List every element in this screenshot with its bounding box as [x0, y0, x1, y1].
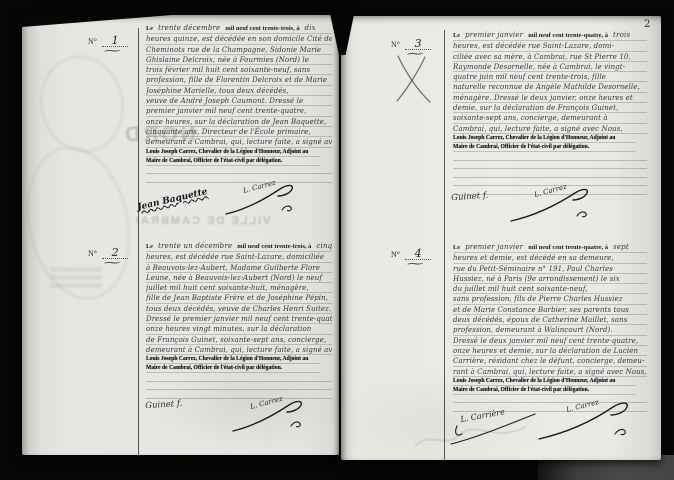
signature-declarant-act4: L. Carrière — [447, 400, 539, 452]
act-text-line: tous deux décédés, veuve de Charles Henr… — [146, 304, 332, 314]
act-4: Le premier janvier mil neuf cent trente-… — [453, 243, 647, 412]
act-text-line: profession, fille de Florentin Delcroix … — [146, 75, 332, 85]
signature-declarant-act3: Guinet f. — [450, 183, 488, 205]
act-text-line: Joséphine Marielle, tous deux décédés, — [146, 86, 332, 96]
signature-text: Jean Baquette — [137, 187, 209, 213]
act-text-line: profession, demeurant à Walincourt (Nord… — [453, 325, 647, 335]
signature-officiant-act4: L. Carrez — [537, 394, 637, 448]
blank-ruled-line — [146, 373, 332, 382]
svg-text:L. Carrez: L. Carrez — [248, 395, 283, 412]
signature-flourish: L. Carrez — [224, 179, 300, 219]
act-text-line: Carrière, résidant chez le défunt, conci… — [453, 356, 647, 366]
printed-year: mil neuf cent trente-quatre, à — [528, 244, 608, 251]
no-label: N° — [391, 250, 400, 259]
act-text-line: quatre juin mil neuf cent trente-trois, … — [453, 72, 647, 82]
handwritten-hour: trois — [613, 31, 630, 39]
signature-flourish: L. Carrez — [231, 393, 307, 435]
act-text-line: deux décédés, époux de Catherine Maillet… — [453, 315, 647, 325]
act-text-line: ménagère. Dressé le deux janvier, onze h… — [453, 93, 647, 103]
act-text-line: Dressé le deux janvier mil neuf cent tre… — [453, 336, 647, 346]
handwritten-hour: sept — [613, 243, 629, 251]
handwritten-date: premier janvier — [465, 31, 523, 39]
act-text-line: heures quinze, est décédée en son domici… — [146, 34, 332, 44]
act-text-line: veuve de André Joseph Caumont. Dressé le — [146, 96, 332, 106]
stamp-showthrough-circle — [31, 47, 134, 160]
act-opening-line: Le trente un décembre mil neuf cent tren… — [146, 242, 332, 252]
act-text-line: juillet mil huit cent soixante-huit, mén… — [146, 283, 332, 293]
flourish-mark: ~ — [102, 44, 118, 57]
act-opening-line: Le premier janvier mil neuf cent trente-… — [453, 243, 647, 253]
act-number-4: N° 4 ~ — [391, 242, 447, 264]
act-text-line: demie, sur la déclaration de François Gu… — [453, 103, 647, 113]
act-text-line: Raymonde Desornelle, née à Cambrai, le v… — [453, 62, 647, 72]
act-text-line: heures et demie, est décédé en sa demeur… — [453, 253, 647, 263]
signature-text: Guinet f. — [451, 191, 489, 204]
act-body-lines: heures quinze, est décédée en son domici… — [146, 34, 332, 147]
handwritten-date: trente décembre — [158, 24, 220, 32]
act-body-lines: heures, est décédée rue Saint-Lazare, do… — [453, 41, 647, 134]
act-text-line: Cambrai, qui, lecture faite, a signé ave… — [453, 124, 647, 134]
svg-text:L. Carrez: L. Carrez — [241, 179, 276, 195]
act-text-line: naturelle reconnue de Angèle Mathilde De… — [453, 82, 647, 92]
blank-ruled-line — [453, 161, 647, 170]
signature-declarant-act1: Jean Baquette — [135, 179, 209, 214]
officiant-stamp-line-2: Maire de Cambrai, Officier de l'état-civ… — [146, 364, 321, 373]
act-text-line: cinquante ans, Directeur de l'École prim… — [146, 127, 332, 137]
act-text-line: de François Guinet, soixante-sept ans, c… — [146, 335, 332, 345]
svg-text:L. Carrez: L. Carrez — [532, 183, 567, 200]
printed-le: Le — [146, 25, 153, 32]
no-label: N° — [88, 37, 97, 46]
act-text-line: demeurant à Cambrai, qui, lecture faite,… — [146, 137, 332, 147]
act-text-line: Ghislaine Delcroix, née à Fourmies (Nord… — [146, 55, 332, 65]
act-text-line: fille de Jean Baptiste Frère et de Josép… — [146, 293, 332, 303]
register-page-right: 2 N° 3 ~ N° 4 ~ Le premier janvier mil n… — [341, 16, 661, 460]
no-label: N° — [88, 249, 97, 258]
act-text-line: rant à Cambrai, qui, lecture faite, a si… — [453, 367, 647, 377]
act-1: Le trente décembre mil neuf cent trente-… — [146, 24, 332, 183]
act-opening-line: Le premier janvier mil neuf cent trente-… — [453, 31, 647, 41]
act-body-lines: heures et demie, est décédé en sa demeur… — [453, 253, 647, 377]
no-label: N° — [391, 40, 400, 49]
blank-ruled-line — [453, 152, 647, 161]
act-opening-line: Le trente décembre mil neuf cent trente-… — [146, 24, 332, 34]
act-text-line: premier janvier mil neuf cent trente-qua… — [146, 106, 332, 116]
signature-text: Guinet f. — [145, 399, 183, 412]
blank-ruled-line — [453, 169, 647, 178]
act-text-line: sans profession, fils de Pierre Charles … — [453, 294, 647, 304]
act-2: Le trente un décembre mil neuf cent tren… — [146, 242, 332, 399]
signature-flourish: L. Carrez — [509, 181, 595, 225]
act-text-line: heures, est décédée rue Saint-Lazare, do… — [146, 252, 332, 262]
signature-officiant-act3: L. Carrez — [509, 181, 595, 229]
handwritten-hour: cinq — [316, 242, 332, 250]
act-text-line: à Beauvois-lez-Aubert, Madame Guilberte … — [146, 263, 332, 273]
folio-number: 2 — [644, 19, 650, 30]
handwritten-date: premier janvier — [465, 243, 523, 251]
act-text-line: demeurant à Cambrai, qui, lecture faite,… — [146, 345, 332, 355]
act-number-2: N° 2 ~ — [88, 241, 144, 263]
svg-text:L. Carrière: L. Carrière — [459, 407, 506, 424]
handwritten-hour: dix — [305, 24, 316, 32]
officiant-stamp-line-1: Louis Joseph Carrez, Chevalier de la Lég… — [146, 355, 321, 364]
blank-ruled-line — [146, 166, 332, 175]
act-text-line: Hussiez, né à Paris (9e arrondissement) … — [453, 274, 647, 284]
act-text-line: Cheminots rue de la Champagne, Sidonie M… — [146, 45, 332, 55]
officiant-stamp-line-1: Louis Joseph Carrez, Chevalier de la Lég… — [453, 377, 635, 386]
signature-flourish: L. Carrez — [537, 394, 637, 444]
printed-le: Le — [453, 244, 460, 251]
officiant-stamp-line-1: Louis Joseph Carrez, Chevalier de la Lég… — [146, 148, 321, 157]
register-scan: NORD VILLE DE CAMBRAI N° 1 ~ N° 2 ~ Le t… — [0, 0, 674, 480]
act-text-line: onze heures et demie, sur la déclaration… — [453, 346, 647, 356]
printed-le: Le — [453, 32, 460, 39]
officiant-stamp-line-2: Maire de Cambrai, Officier de l'état-civ… — [453, 143, 635, 152]
officiant-stamp-line-2: Maire de Cambrai, Officier de l'état-civ… — [146, 157, 321, 166]
officiant-stamp-line-1: Louis Joseph Carrez, Chevalier de la Lég… — [453, 134, 635, 143]
act-text-line: heures, est décédée rue Saint-Lazare, do… — [453, 41, 647, 51]
act-3: Le premier janvier mil neuf cent trente-… — [453, 31, 647, 195]
svg-text:L. Carrez: L. Carrez — [565, 398, 600, 414]
signature-flourish: L. Carrière — [447, 400, 539, 448]
act-text-line: ciliée avec sa mère, à Cambrai, rue St P… — [453, 52, 647, 62]
ghost-text-block — [50, 267, 102, 291]
register-page-left: NORD VILLE DE CAMBRAI N° 1 ~ N° 2 ~ Le t… — [22, 15, 339, 455]
printed-year: mil neuf cent trente-trois, à — [225, 25, 299, 32]
act-text-line: Dressé le premier janvier mil neuf cent … — [146, 314, 332, 324]
act-number-1: N° 1 ~ — [88, 29, 144, 51]
signature-officiant-act1: L. Carrez — [224, 179, 300, 223]
act-text-line: soixante-sept ans, concierge, demeurant … — [453, 113, 647, 123]
printed-le: Le — [146, 243, 153, 250]
act-text-line: trois février mil huit cent soixante-neu… — [146, 65, 332, 75]
act-text-line: onze heures vingt minutes, sur la déclar… — [146, 324, 332, 334]
act-number-3: N° 3 ~ — [391, 32, 447, 54]
act-text-line: et de Marie Constance Barbier, ses paren… — [453, 305, 647, 315]
printed-year: mil neuf cent trente-trois, à — [237, 243, 311, 250]
printed-year: mil neuf cent trente-quatre, à — [528, 32, 608, 39]
signature-officiant-act2: L. Carrez — [231, 393, 307, 439]
signature-declarant-act2: Guinet f. — [144, 391, 182, 413]
act-text-line: onze heures, sur la déclaration de Jean … — [146, 117, 332, 127]
flourish-mark: ~ — [102, 256, 118, 269]
blank-ruled-line — [146, 382, 332, 391]
margin-cross-mark — [393, 54, 433, 104]
act-text-line: du juillet mil huit cent soixante-neuf, — [453, 284, 647, 294]
act-text-line: Leune, née à Beauvois-lez-Aubert (Nord) … — [146, 273, 332, 283]
flourish-mark: ~ — [405, 257, 421, 270]
act-text-line: rue du Petit-Séminaire n° 191, Paul Char… — [453, 264, 647, 274]
handwritten-date: trente un décembre — [158, 242, 232, 250]
act-body-lines: heures, est décédée rue Saint-Lazare, do… — [146, 252, 332, 355]
